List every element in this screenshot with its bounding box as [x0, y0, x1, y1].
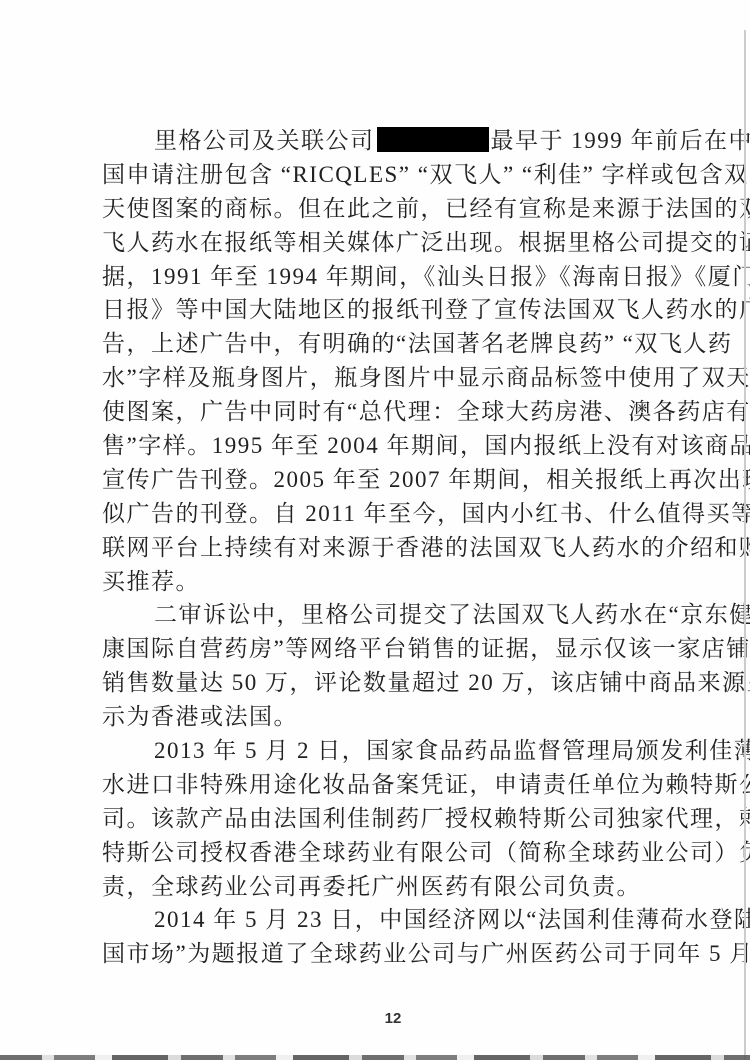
text-line: 飞人药水在报纸等相关媒体广泛出现。根据里格公司提交的证 — [102, 226, 748, 260]
redaction-box — [377, 127, 489, 152]
text-line: 司。该款产品由法国利佳制药厂授权赖特斯公司独家代理，赖 — [102, 802, 748, 836]
scan-edge-artifact — [0, 1055, 750, 1060]
text-block: 里格公司及关联公司最早于 1999 年前后在中国申请注册包含 “RICQLES”… — [102, 124, 748, 971]
page-number: 12 — [40, 1010, 746, 1027]
text-line: 似广告的刊登。自 2011 年至今，国内小红书、什么值得买等互 — [102, 497, 748, 531]
text-line: 使图案，广告中同时有“总代理：全球大药房港、澳各药店有 — [102, 395, 748, 429]
text-line: 买推荐。 — [102, 565, 748, 599]
text-line: 2014 年 5 月 23 日，中国经济网以“法国利佳薄荷水登陆中 — [102, 903, 748, 937]
text-line: 销售数量达 50 万，评论数量超过 20 万，该店铺中商品来源显 — [102, 666, 748, 700]
text-line: 国申请注册包含 “RICQLES” “双飞人” “利佳” 字样或包含双 — [102, 158, 748, 192]
scan-line-artifact — [744, 30, 746, 1060]
text-segment: 里格公司及关联公司 — [154, 128, 375, 153]
text-line: 售”字样。1995 年至 2004 年期间，国内报纸上没有对该商品的 — [102, 429, 748, 463]
text-line: 国市场”为题报道了全球药业公司与广州医药公司于同年 5 月 — [102, 937, 748, 971]
text-line: 水进口非特殊用途化妆品备案凭证，申请责任单位为赖特斯公 — [102, 768, 748, 802]
text-line: 责，全球药业公司再委托广州医药有限公司负责。 — [102, 870, 748, 904]
text-line: 水”字样及瓶身图片，瓶身图片中显示商品标签中使用了双天 — [102, 361, 748, 395]
text-line: 宣传广告刊登。2005 年至 2007 年期间，相关报纸上再次出现类 — [102, 463, 748, 497]
text-line: 日报》等中国大陆地区的报纸刊登了宣传法国双飞人药水的广 — [102, 293, 748, 327]
text-line: 联网平台上持续有对来源于香港的法国双飞人药水的介绍和购 — [102, 531, 748, 565]
text-line: 2013 年 5 月 2 日，国家食品药品监督管理局颁发利佳薄荷 — [102, 734, 748, 768]
text-line: 示为香港或法国。 — [102, 700, 748, 734]
text-line: 特斯公司授权香港全球药业有限公司（简称全球药业公司）负 — [102, 836, 748, 870]
text-line: 二审诉讼中，里格公司提交了法国双飞人药水在“京东健 — [102, 598, 748, 632]
text-line: 据，1991 年至 1994 年期间，《汕头日报》《海南日报》《厦门 — [102, 260, 748, 294]
document-page: 里格公司及关联公司最早于 1999 年前后在中国申请注册包含 “RICQLES”… — [0, 0, 750, 1060]
text-line: 告，上述广告中，有明确的“法国著名老牌良药” “双飞人药 — [102, 327, 748, 361]
text-line: 天使图案的商标。但在此之前，已经有宣称是来源于法国的双 — [102, 192, 748, 226]
text-line: 康国际自营药房”等网络平台销售的证据，显示仅该一家店铺， — [102, 632, 748, 666]
text-segment: 最早于 1999 年前后在中 — [491, 128, 750, 153]
text-line: 里格公司及关联公司最早于 1999 年前后在中 — [102, 124, 748, 158]
